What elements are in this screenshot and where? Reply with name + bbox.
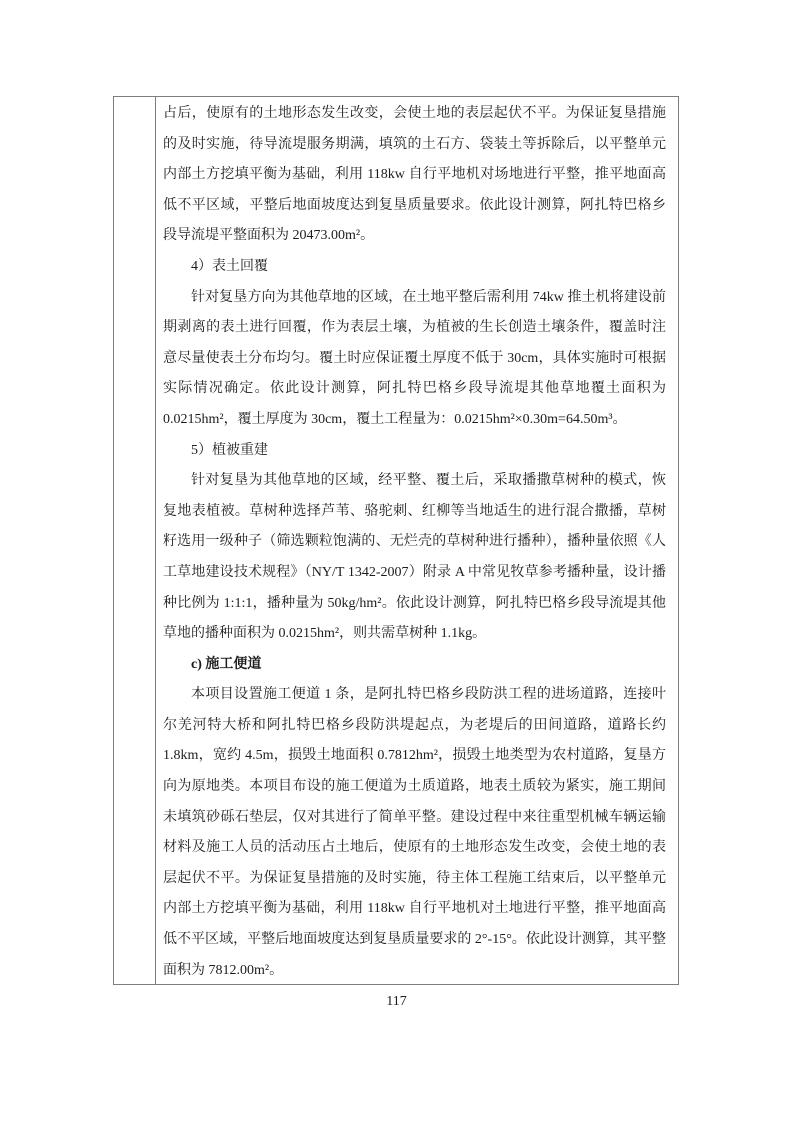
- document-page: 占后，使原有的土地形态发生改变，会使土地的表层起伏不平。为保证复垦措施的及时实施…: [0, 0, 793, 1122]
- content-table: 占后，使原有的土地形态发生改变，会使土地的表层起伏不平。为保证复垦措施的及时实施…: [113, 96, 679, 985]
- table-left-empty-column: [114, 97, 156, 984]
- subheading-topsoil-backfill: 4）表土回覆: [163, 252, 666, 283]
- subheading-vegetation-rebuild: 5）植被重建: [163, 436, 666, 467]
- para-construction-road: 本项目设置施工便道 1 条，是阿扎特巴格乡段防洪工程的进场道路，连接叶尔羌河特大…: [163, 680, 666, 984]
- table-content-cell: 占后，使原有的土地形态发生改变，会使土地的表层起伏不平。为保证复垦措施的及时实施…: [156, 97, 678, 984]
- heading-construction-road: c) 施工便道: [163, 650, 666, 681]
- para-land-leveling-continuation: 占后，使原有的土地形态发生改变，会使土地的表层起伏不平。为保证复垦措施的及时实施…: [163, 99, 666, 252]
- page-number: 117: [0, 993, 793, 1011]
- para-vegetation-rebuild: 针对复垦为其他草地的区域，经平整、覆土后，采取播撒草树种的模式，恢复地表植被。草…: [163, 466, 666, 650]
- para-topsoil-backfill: 针对复垦方向为其他草地的区域，在土地平整后需利用 74kw 推土机将建设前期剥离…: [163, 283, 666, 436]
